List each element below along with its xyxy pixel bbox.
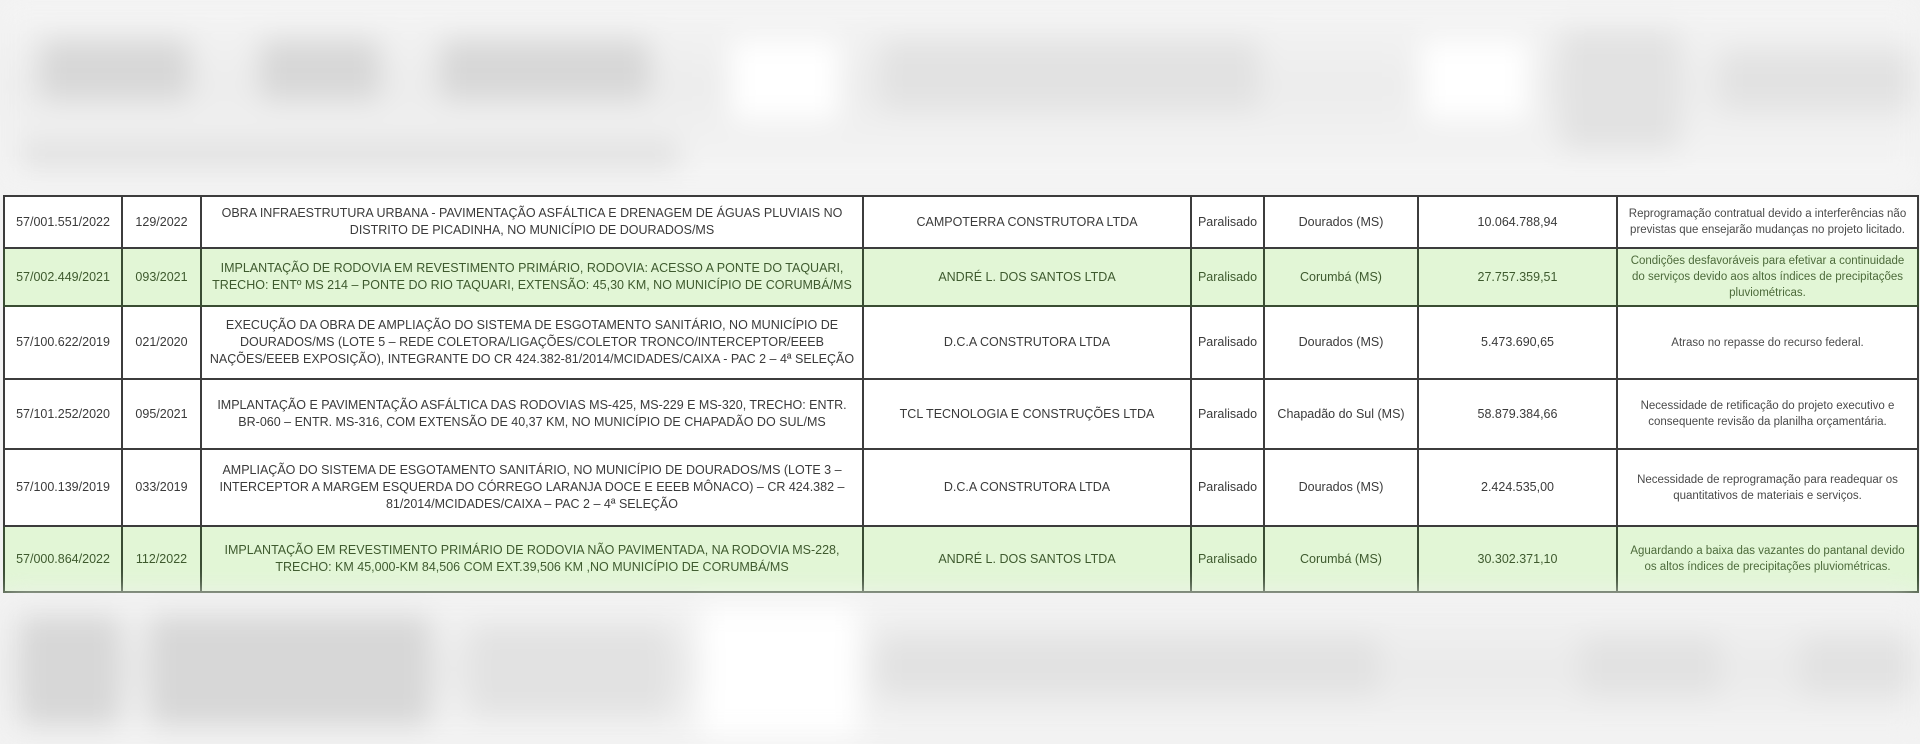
situacao-cell: Paralisado (1191, 526, 1264, 592)
situacao-cell: Paralisado (1191, 248, 1264, 306)
municipio-cell: Chapadão do Sul (MS) (1264, 379, 1418, 449)
situacao-cell: Paralisado (1191, 379, 1264, 449)
situacao-cell: Paralisado (1191, 196, 1264, 248)
contrato-cell: 129/2022 (122, 196, 201, 248)
situacao-cell: Paralisado (1191, 306, 1264, 379)
motivo-cell: Necessidade de retificação do projeto ex… (1617, 379, 1918, 449)
table-row: 57/001.551/2022 129/2022 OBRA INFRAESTRU… (4, 196, 1918, 248)
table-row: 57/002.449/2021 093/2021 IMPLANTAÇÃO DE … (4, 248, 1918, 306)
processo-cell: 57/100.139/2019 (4, 449, 122, 526)
table-row: 57/100.139/2019 033/2019 AMPLIAÇÃO DO SI… (4, 449, 1918, 526)
municipio-cell: Corumbá (MS) (1264, 248, 1418, 306)
processo-cell: 57/000.864/2022 (4, 526, 122, 592)
motivo-cell: Aguardando a baixa das vazantes do panta… (1617, 526, 1918, 592)
processo-cell: 57/002.449/2021 (4, 248, 122, 306)
motivo-cell: Reprogramação contratual devido a interf… (1617, 196, 1918, 248)
processo-cell: 57/100.622/2019 (4, 306, 122, 379)
table-row: 57/100.622/2019 021/2020 EXECUÇÃO DA OBR… (4, 306, 1918, 379)
municipio-cell: Dourados (MS) (1264, 196, 1418, 248)
obras-paralisadas-table: 57/001.551/2022 129/2022 OBRA INFRAESTRU… (3, 195, 1919, 593)
empresa-cell: D.C.A CONSTRUTORA LTDA (863, 306, 1191, 379)
empresa-cell: CAMPOTERRA CONSTRUTORA LTDA (863, 196, 1191, 248)
municipio-cell: Dourados (MS) (1264, 306, 1418, 379)
processo-cell: 57/001.551/2022 (4, 196, 122, 248)
valor-cell: 58.879.384,66 (1418, 379, 1617, 449)
contrato-cell: 021/2020 (122, 306, 201, 379)
blurred-content-top (0, 0, 1920, 190)
contrato-cell: 033/2019 (122, 449, 201, 526)
objeto-cell: IMPLANTAÇÃO E PAVIMENTAÇÃO ASFÁLTICA DAS… (201, 379, 863, 449)
empresa-cell: D.C.A CONSTRUTORA LTDA (863, 449, 1191, 526)
motivo-cell: Atraso no repasse do recurso federal. (1617, 306, 1918, 379)
table-row: 57/101.252/2020 095/2021 IMPLANTAÇÃO E P… (4, 379, 1918, 449)
processo-cell: 57/101.252/2020 (4, 379, 122, 449)
table-row: 57/000.864/2022 112/2022 IMPLANTAÇÃO EM … (4, 526, 1918, 592)
empresa-cell: ANDRÉ L. DOS SANTOS LTDA (863, 526, 1191, 592)
blurred-content-bottom (0, 596, 1920, 744)
valor-cell: 10.064.788,94 (1418, 196, 1617, 248)
table-body: 57/001.551/2022 129/2022 OBRA INFRAESTRU… (4, 196, 1918, 592)
valor-cell: 30.302.371,10 (1418, 526, 1617, 592)
objeto-cell: AMPLIAÇÃO DO SISTEMA DE ESGOTAMENTO SANI… (201, 449, 863, 526)
empresa-cell: TCL TECNOLOGIA E CONSTRUÇÕES LTDA (863, 379, 1191, 449)
valor-cell: 2.424.535,00 (1418, 449, 1617, 526)
motivo-cell: Condições desfavoráveis para efetivar a … (1617, 248, 1918, 306)
contrato-cell: 112/2022 (122, 526, 201, 592)
valor-cell: 5.473.690,65 (1418, 306, 1617, 379)
motivo-cell: Necessidade de reprogramação para readeq… (1617, 449, 1918, 526)
municipio-cell: Dourados (MS) (1264, 449, 1418, 526)
valor-cell: 27.757.359,51 (1418, 248, 1617, 306)
contrato-cell: 093/2021 (122, 248, 201, 306)
contrato-cell: 095/2021 (122, 379, 201, 449)
obras-table-wrap: 57/001.551/2022 129/2022 OBRA INFRAESTRU… (3, 195, 1917, 593)
objeto-cell: OBRA INFRAESTRUTURA URBANA - PAVIMENTAÇÃ… (201, 196, 863, 248)
municipio-cell: Corumbá (MS) (1264, 526, 1418, 592)
objeto-cell: IMPLANTAÇÃO DE RODOVIA EM REVESTIMENTO P… (201, 248, 863, 306)
empresa-cell: ANDRÉ L. DOS SANTOS LTDA (863, 248, 1191, 306)
document-viewport: 57/001.551/2022 129/2022 OBRA INFRAESTRU… (0, 0, 1920, 744)
situacao-cell: Paralisado (1191, 449, 1264, 526)
objeto-cell: EXECUÇÃO DA OBRA DE AMPLIAÇÃO DO SISTEMA… (201, 306, 863, 379)
objeto-cell: IMPLANTAÇÃO EM REVESTIMENTO PRIMÁRIO DE … (201, 526, 863, 592)
